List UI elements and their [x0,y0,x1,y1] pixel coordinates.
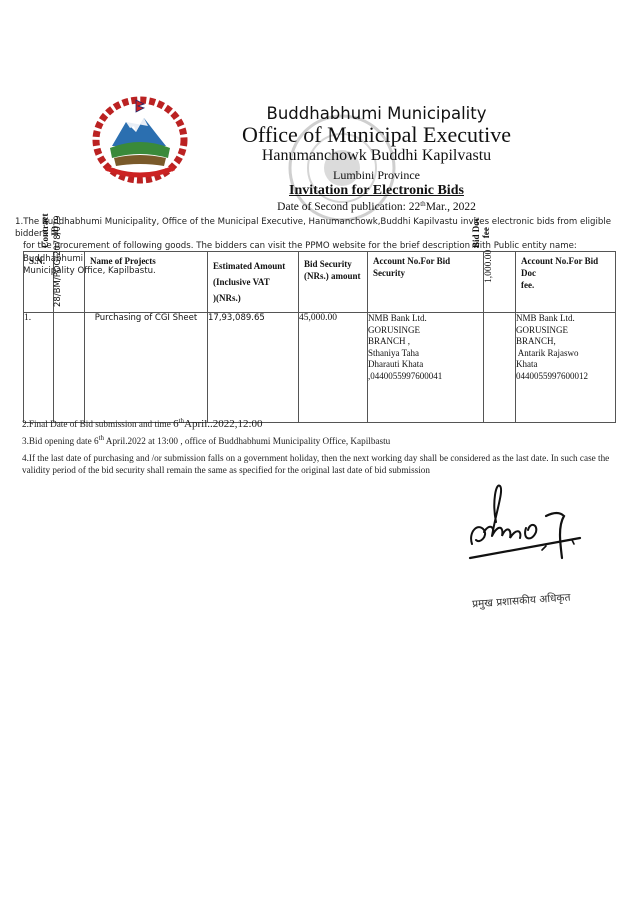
header-account-fee-line1: Account No.For Bid Doc [521,255,610,279]
header-estimated-line1: Estimated Amount [213,258,293,274]
account-security-line: NMB Bank Ltd. [368,313,483,325]
account-fee-line: 0440055997600012 [516,371,615,383]
note-3-prefix: 3.Bid opening date 6 [22,436,99,446]
header-account-security-line1: Account No.For Bid [373,255,478,267]
notice-title: Invitation for Electronic Bids [55,183,643,199]
municipality-name: Buddhabhumi Municipality [55,104,643,123]
province-name: Lumbini Province [55,168,643,183]
note-final-submission: 2.Final Date of Bid submission and time … [22,418,263,430]
header-account-security-line2: Security [373,267,478,279]
account-fee-line: Antarik Rajaswo [516,348,615,360]
contract-id-text: 28/BM/POG/2078/079 [53,215,63,307]
cell-bid-security: 45,000.00 [299,313,368,423]
header-project-name-label: Name of Projects [85,252,207,270]
account-security-line: BRANCH , [368,336,483,348]
signature-icon [462,482,587,577]
note-bid-opening: 3.Bid opening date 6th April.2022 at 13:… [22,436,390,446]
header-estimated-line2: (Inclusive VAT [213,274,293,290]
note-holiday-clause: 4.If the last date of purchasing and /or… [22,452,622,476]
header-sn-label: S.N. [24,252,53,270]
account-security-line: Dharauti Khata [368,359,483,371]
account-fee-line: GORUSINGE [516,325,615,337]
cell-estimated-amount: 17,93,089.65 [208,313,299,423]
header-project-name: Name of Projects [85,252,208,313]
header-contract-id-line1: Contract [40,214,50,249]
header-estimated-line3: )(NRs.) [213,290,293,306]
bid-notice-page: Buddhabhumi Municipality Office of Munic… [0,0,643,910]
bid-doc-fee-text: 1,000.00 [484,250,494,283]
cell-contract-id: 28/BM/POG/2078/079 [54,313,85,423]
header-bid-security: Bid Security (NRs.) amount [299,252,368,313]
cell-bid-doc-fee: 1,000.00 [484,313,516,423]
header-doc-fee-line1: Bid Doc [471,217,481,248]
intro-line-1: 1.The Buddhabhumi Municipality, Office o… [15,217,611,239]
note-3-suffix: April.2022 at 13:00 , office of Buddhabh… [104,436,390,446]
signatory-designation: प्रमुख प्रशासकीय अधिकृत [472,591,571,612]
publication-date: Date of Second publication: 22thMar., 20… [55,201,643,213]
publication-date-suffix: Mar., 2022 [426,201,476,213]
header-account-fee-line2: fee. [521,279,610,291]
header-security-line1: Bid Security [304,258,362,270]
office-name: Office of Municipal Executive [55,122,643,148]
cell-sn: 1. [24,313,54,423]
account-fee-line: NMB Bank Ltd. [516,313,615,325]
header-estimated-amount: Estimated Amount (Inclusive VAT )(NRs.) [208,252,299,313]
account-security-line: Sthaniya Taha [368,348,483,360]
account-security-line: ,0440055997600041 [368,371,483,383]
table-header-row: S.N. ContractID Name of Projects Estimat… [24,252,616,313]
note-2-suffix: April..2022,12:00 [184,418,263,430]
header-doc-fee-line2: fee [481,217,491,248]
header-security-line2: (NRs.) amount [304,270,362,282]
table-row: 1. 28/BM/POG/2078/079 Purchasing of CGI … [24,313,616,423]
cell-account-fee: NMB Bank Ltd. GORUSINGE BRANCH, Antarik … [516,313,616,423]
account-fee-line: Khata [516,359,615,371]
bids-table: S.N. ContractID Name of Projects Estimat… [23,251,616,423]
account-fee-line: BRANCH, [516,336,615,348]
cell-account-security: NMB Bank Ltd. GORUSINGE BRANCH , Sthaniy… [368,313,484,423]
office-address: Hanumanchowk Buddhi Kapilvastu [55,147,643,165]
publication-date-prefix: Date of Second publication: 22 [277,201,420,213]
cell-project-name: Purchasing of CGI Sheet [85,313,208,423]
note-2-prefix: 2.Final Date of Bid submission and time [22,419,173,429]
header-account-fee: Account No.For Bid Doc fee. [516,252,616,313]
header-account-security: Account No.For Bid Security [368,252,484,313]
header-sn: S.N. [24,252,54,313]
account-security-line: GORUSINGE [368,325,483,337]
